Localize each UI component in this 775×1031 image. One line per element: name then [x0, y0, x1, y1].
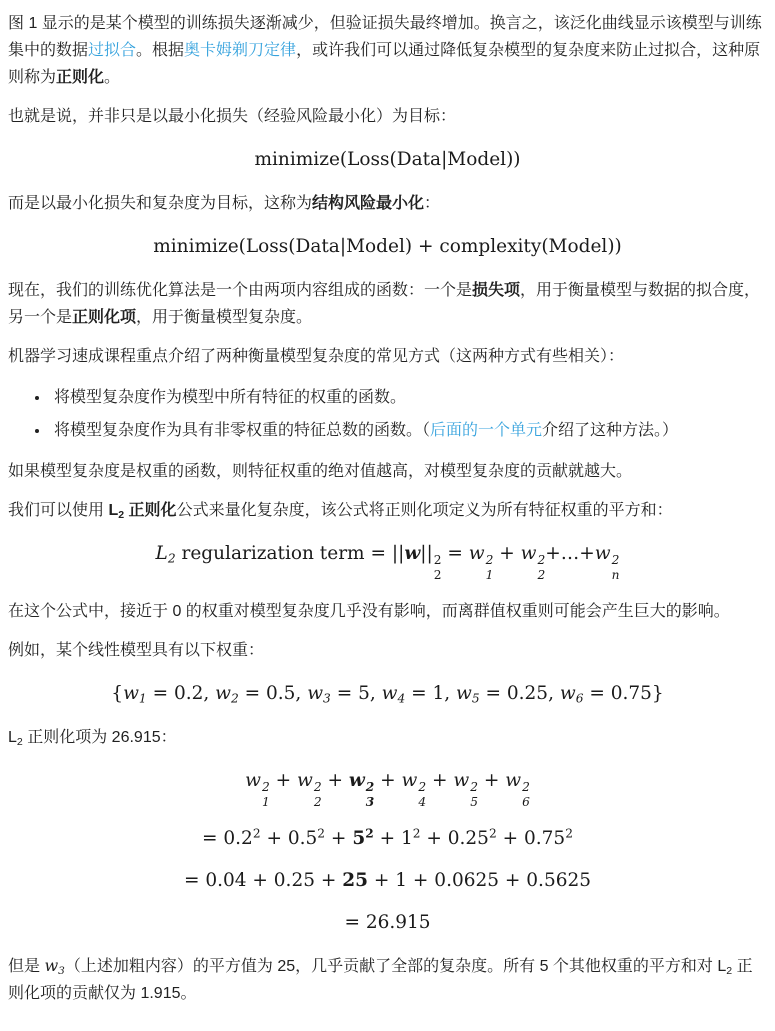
text-segment: = 0.04 + 0.25 + — [184, 870, 342, 891]
text-segment: 公式来量化复杂度，该公式将正则化项定义为所有特征权重的平方和： — [177, 502, 673, 519]
text-segment: 12 — [401, 828, 421, 849]
text-segment: w1 — [123, 683, 147, 704]
text-segment: 将模型复杂度作为具有非零权重的特征总数的函数。（ — [54, 422, 430, 439]
text-segment: 如果模型复杂度是权重的函数，则特征权重的绝对值越高，对模型复杂度的贡献就越大。 — [8, 463, 632, 480]
text-segment: 也就是说，并非只是以最小化损失（经验风险最小化）为目标： — [8, 108, 456, 125]
text-segment: } — [652, 683, 664, 704]
document-body: 图 1 显示的是某个模型的训练损失逐渐减少，但验证损失最终增加。换言之，该泛化曲… — [0, 10, 775, 1031]
text-segment: 0.252 — [448, 828, 497, 849]
list-item-1: 将模型复杂度作为模型中所有特征的权重的函数。 — [50, 384, 767, 411]
text-segment: = — [441, 543, 468, 564]
l2-intro-paragraph: 我们可以使用 L2 正则化公式来量化复杂度，该公式将正则化项定义为所有特征权重的… — [8, 497, 767, 524]
text-segment: 正则化项 — [72, 309, 136, 326]
text-segment: w25 — [453, 770, 478, 791]
weight-function-paragraph: 如果模型复杂度是权重的函数，则特征权重的绝对值越高，对模型复杂度的贡献就越大。 — [8, 458, 767, 485]
text-segment: 。根据 — [136, 42, 184, 59]
text-segment: w23 — [349, 770, 374, 791]
text-segment: 。 — [104, 69, 120, 86]
text-segment: 正则化 — [56, 69, 104, 86]
text-segment: w24 — [402, 770, 427, 791]
text-segment: L2 — [717, 958, 732, 975]
text-segment: 0.752 — [524, 828, 573, 849]
text-segment: w — [404, 543, 420, 564]
optimization-terms-paragraph: 现在，我们的训练优化算法是一个由两项内容组成的函数：一个是损失项，用于衡量模型与… — [8, 277, 767, 331]
formula-effect-paragraph: 在这个公式中，接近于 0 的权重对模型复杂度几乎没有影响，而离群值权重则可能会产… — [8, 598, 767, 625]
text-segment: w2n — [595, 543, 620, 564]
text-segment: = 0.75 — [583, 683, 651, 704]
complexity-ways-paragraph: 机器学习速成课程重点介绍了两种衡量模型复杂度的常见方式（这两种方式有些相关）： — [8, 343, 767, 370]
text-segment: 损失项 — [472, 282, 520, 299]
text-segment: + — [426, 770, 453, 791]
link-occams-razor[interactable]: 奥卡姆剃刀定律 — [184, 42, 296, 59]
text-segment: + — [493, 543, 520, 564]
text-segment: （上述加粗内容）的平方值为 25，几乎贡献了全部的复杂度。所有 5 个其他权重的… — [65, 958, 717, 975]
link-later-module[interactable]: 后面的一个单元 — [430, 422, 542, 439]
text-segment: minimize(Loss(Data|Model)) — [254, 149, 520, 170]
text-segment: 0.22 — [223, 828, 260, 849]
formula-l2-computation-line-1: w21 + w22 + w23 + w24 + w25 + w26 — [8, 767, 767, 810]
example-intro-paragraph: 例如，某个线性模型具有以下权重： — [8, 637, 767, 664]
text-segment: L2 — [108, 502, 124, 519]
text-segment: + — [497, 828, 524, 849]
link-overfitting[interactable]: 过拟合 — [88, 42, 136, 59]
text-segment: L2 — [8, 729, 23, 746]
text-segment: L2 — [156, 543, 176, 564]
text-segment: w5 — [456, 683, 480, 704]
formula-structural-risk: minimize(Loss(Data|Model) + complexity(M… — [8, 232, 767, 262]
text-segment: 0.52 — [288, 828, 325, 849]
text-segment: 正则化项为 26.915： — [23, 729, 177, 746]
srm-intro-paragraph: 而是以最小化损失和复杂度为目标，这称为结构风险最小化： — [8, 190, 767, 217]
text-segment: w2 — [215, 683, 239, 704]
text-segment: minimize(Loss(Data|Model) + complexity(M… — [153, 236, 622, 257]
text-segment: 将模型复杂度作为模型中所有特征的权重的函数。 — [54, 389, 406, 406]
text-segment: 结构风险最小化 — [312, 195, 424, 212]
formula-minimize-loss: minimize(Loss(Data|Model)) — [8, 145, 767, 175]
text-segment: 我们可以使用 — [8, 502, 108, 519]
text-segment: 正则化 — [124, 502, 176, 519]
text-segment: w22 — [297, 770, 322, 791]
text-segment: = 26.915 — [344, 912, 430, 933]
intro-paragraph: 图 1 显示的是某个模型的训练损失逐渐减少，但验证损失最终增加。换言之，该泛化曲… — [8, 10, 767, 91]
text-segment: 例如，某个线性模型具有以下权重： — [8, 642, 264, 659]
text-segment: w3 — [307, 683, 331, 704]
text-segment: + 1 + 0.0625 + 0.5625 — [368, 870, 591, 891]
text-segment: + — [261, 828, 288, 849]
text-segment: = 5, — [331, 683, 382, 704]
text-segment: 现在，我们的训练优化算法是一个由两项内容组成的函数：一个是 — [8, 282, 472, 299]
text-segment: + — [270, 770, 297, 791]
text-segment: + — [322, 770, 349, 791]
text-segment: 而是以最小化损失和复杂度为目标，这称为 — [8, 195, 312, 212]
text-segment: w6 — [560, 683, 584, 704]
list-item-2: 将模型复杂度作为具有非零权重的特征总数的函数。（后面的一个单元介绍了这种方法。） — [50, 417, 767, 444]
text-segment: = 0.25, — [480, 683, 560, 704]
text-segment: ，用于衡量模型复杂度。 — [136, 309, 312, 326]
text-segment: + — [374, 828, 401, 849]
complexity-ways-list: 将模型复杂度作为模型中所有特征的权重的函数。将模型复杂度作为具有非零权重的特征总… — [8, 384, 767, 444]
text-segment: w22 — [521, 543, 546, 564]
text-segment: 在这个公式中，接近于 0 的权重对模型复杂度几乎没有影响，而离群值权重则可能会产… — [8, 603, 730, 620]
erm-intro-paragraph: 也就是说，并非只是以最小化损失（经验风险最小化）为目标： — [8, 103, 767, 130]
text-segment: + — [325, 828, 352, 849]
text-segment: ： — [424, 195, 440, 212]
formula-l2-regularization: L2 regularization term = ||w||22 = w21 +… — [8, 539, 767, 583]
text-segment: w21 — [469, 543, 494, 564]
formula-l2-computation: w21 + w22 + w23 + w24 + w25 + w26= 0.22 … — [8, 767, 767, 936]
text-segment: w4 — [382, 683, 406, 704]
text-segment: 25 — [342, 870, 368, 891]
text-segment: w21 — [245, 770, 270, 791]
text-segment: = 0.2, — [147, 683, 215, 704]
text-segment: + — [421, 828, 448, 849]
text-segment: w26 — [505, 770, 530, 791]
formula-l2-computation-line-3: = 0.04 + 0.25 + 25 + 1 + 0.0625 + 0.5625 — [8, 867, 767, 894]
text-segment: w3 — [44, 956, 64, 975]
formula-example-weights: {w1 = 0.2, w2 = 0.5, w3 = 5, w4 = 1, w5 … — [8, 679, 767, 709]
l2-value-paragraph: L2 正则化项为 26.915： — [8, 724, 767, 751]
text-segment: = 1, — [405, 683, 456, 704]
text-segment: 52 — [352, 828, 373, 849]
conclusion-paragraph: 但是 w3（上述加粗内容）的平方值为 25，几乎贡献了全部的复杂度。所有 5 个… — [8, 952, 767, 1007]
text-segment: = 0.5, — [239, 683, 307, 704]
formula-l2-computation-line-4: = 26.915 — [8, 909, 767, 936]
text-segment: 但是 — [8, 958, 44, 975]
text-segment: 机器学习速成课程重点介绍了两种衡量模型复杂度的常见方式（这两种方式有些相关）： — [8, 348, 624, 365]
text-segment: + — [374, 770, 401, 791]
text-segment: 介绍了这种方法。） — [542, 422, 678, 439]
text-segment: +…+ — [545, 543, 595, 564]
text-segment: { — [111, 683, 123, 704]
text-segment: = — [202, 828, 223, 849]
text-segment: regularization term = || — [176, 543, 405, 564]
text-segment: + — [478, 770, 505, 791]
text-segment: ||22 — [420, 543, 441, 564]
formula-l2-computation-line-2: = 0.22 + 0.52 + 52 + 12 + 0.252 + 0.752 — [8, 825, 767, 852]
